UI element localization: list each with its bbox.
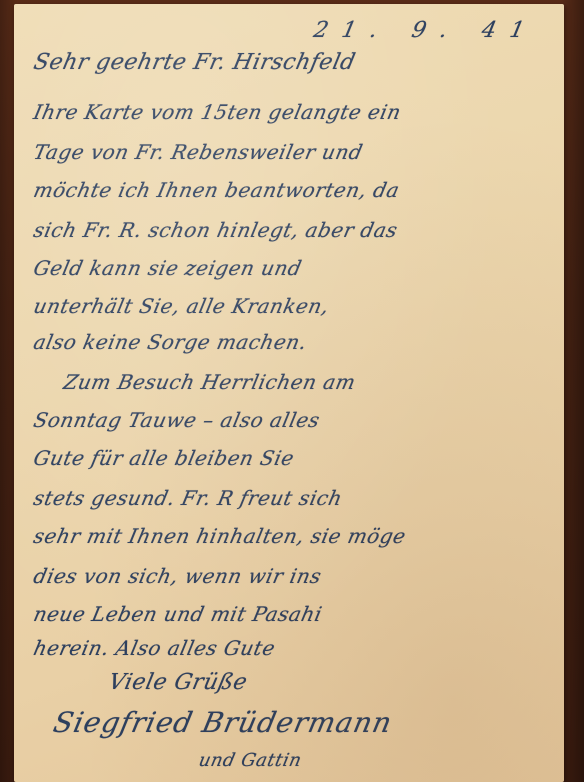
postcard-date: 21. 9. 41 <box>311 18 540 43</box>
body-line: Sonntag Tauwe – also alles <box>31 408 322 432</box>
body-line: Zum Besuch Herrlichen am <box>61 370 358 394</box>
body-line: herein. Also alles Gute <box>31 636 277 660</box>
body-line: möchte ich Ihnen beantworten, da <box>31 178 401 202</box>
handwritten-postcard: 21. 9. 41 Sehr geehrte Fr. Hirschfeld Ih… <box>14 4 564 782</box>
body-line: sich Fr. R. schon hinlegt, aber das <box>31 218 399 242</box>
salutation: Sehr geehrte Fr. Hirschfeld <box>31 50 357 75</box>
body-line: Gute für alle bleiben Sie <box>31 446 296 470</box>
body-line: stets gesund. Fr. R freut sich <box>31 486 344 510</box>
body-line: also keine Sorge machen. <box>31 330 309 354</box>
body-line: unterhält Sie, alle Kranken, <box>31 294 331 318</box>
body-line: Geld kann sie zeigen und <box>31 256 304 280</box>
body-line: dies von sich, wenn wir ins <box>31 564 323 588</box>
closing: Viele Grüße <box>106 670 249 695</box>
signature: Siegfried Brüdermann <box>50 706 395 739</box>
body-line: sehr mit Ihnen hinhalten, sie möge <box>31 524 408 548</box>
body-line: Ihre Karte vom 15ten gelangte ein <box>31 100 403 124</box>
body-line: Tage von Fr. Rebensweiler und <box>31 140 365 164</box>
body-line: neue Leben und mit Pasahi <box>31 602 324 626</box>
signature-subline: und Gattin <box>197 750 304 771</box>
